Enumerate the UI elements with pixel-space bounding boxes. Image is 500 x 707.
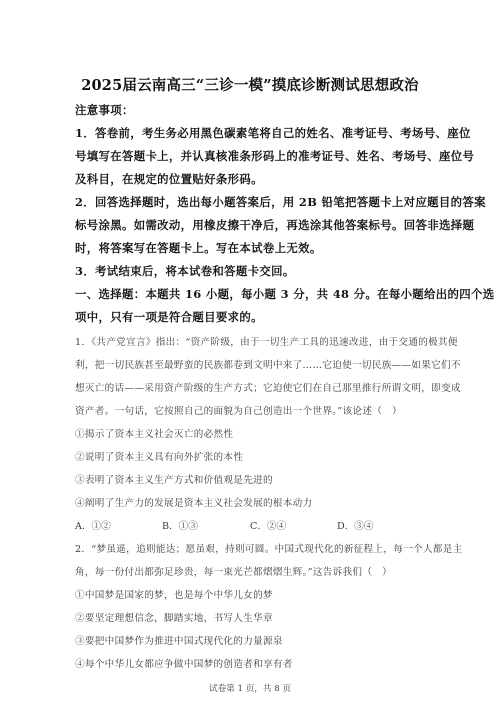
- page-title: 2025届云南高三“三诊一模”摸底诊断测试思想政治: [0, 74, 500, 95]
- question-2-statement: ③要把中国梦作为推进中国式现代化的力量源泉: [75, 633, 283, 647]
- question-2-statement: ①中国梦是国家的梦，也是每个中华儿女的梦: [75, 587, 273, 601]
- question-2-stem: 角，每一份付出都弥足珍贵，每一束光芒都熠熠生辉。”这告诉我们（ ）: [75, 564, 392, 578]
- section-heading: 项中，只有一项是符合题目要求的。: [75, 309, 263, 325]
- notice-line: 标号涂黑。如需改动，用橡皮擦干净后，再选涂其他答案标号。回答非选择题: [75, 217, 474, 233]
- option-d: D．③④: [337, 518, 373, 532]
- notice-heading: 注意事项：: [75, 102, 134, 118]
- question-1-statement: ①揭示了资本主义社会灭亡的必然性: [75, 426, 233, 440]
- question-2-statement: ②要坚定理想信念，脚踏实地，书写人生华章: [75, 610, 273, 624]
- option-b: B．①③: [162, 518, 198, 532]
- notice-line: 1．答卷前，考生务必用黑色碳素笔将自己的姓名、准考证号、考场号、座位: [75, 125, 471, 141]
- question-1-stem: 资产者。一句话，它按照自己的面貌为自己创造出一个世界。”该论述（ ）: [75, 403, 402, 417]
- exam-page: 2025届云南高三“三诊一模”摸底诊断测试思想政治 注意事项： 1．答卷前，考生…: [0, 0, 500, 707]
- question-1-statement: ③表明了资本主义生产方式和价值观是先进的: [75, 472, 273, 486]
- section-heading: 一、选择题：本题共 16 小题，每小题 3 分，共 48 分。在每小题给出的四个…: [75, 286, 495, 302]
- question-1-statement: ④阐明了生产力的发展是资本主义社会发展的根本动力: [75, 495, 312, 509]
- question-1-stem: 想灭亡的话——采用资产阶级的生产方式；它迫使它们在自己那里推行所谓文明，即变成: [75, 380, 461, 394]
- notice-line: 号填写在答题卡上，并认真核准条形码上的准考证号、姓名、考场号、座位号: [75, 148, 474, 164]
- page-footer: 试卷第 1 页，共 8 页: [0, 682, 500, 694]
- option-a: A．①②: [75, 518, 111, 532]
- question-1-stem: 1．《共产党宣言》指出：“资产阶级，由于一切生产工具的迅速改进，由于交通的极其便: [75, 334, 458, 348]
- question-1-stem: 利，把一切民族甚至最野蛮的民族都卷到文明中来了……它迫使一切民族——如果它们不: [75, 357, 461, 371]
- notice-line: 2．回答选择题时，选出每小题答案后，用 2B 铅笔把答题卡上对应题目的答案: [75, 194, 486, 210]
- option-c: C．②④: [250, 518, 286, 532]
- notice-line: 3．考试结束后，将本试卷和答题卡交回。: [75, 263, 295, 279]
- question-2-statement: ④每个中华儿女都应争做中国梦的创造者和享有者: [75, 656, 293, 670]
- notice-line: 及科目，在规定的位置贴好条形码。: [75, 171, 263, 187]
- notice-line: 时，将答案写在答题卡上。写在本试卷上无效。: [75, 240, 322, 256]
- question-1-statement: ②说明了资本主义具有向外扩张的本性: [75, 449, 243, 463]
- question-2-stem: 2．“梦虽遥，追则能达；愿虽艰，持则可圆。中国式现代化的新征程上，每一个人都是主: [75, 541, 463, 555]
